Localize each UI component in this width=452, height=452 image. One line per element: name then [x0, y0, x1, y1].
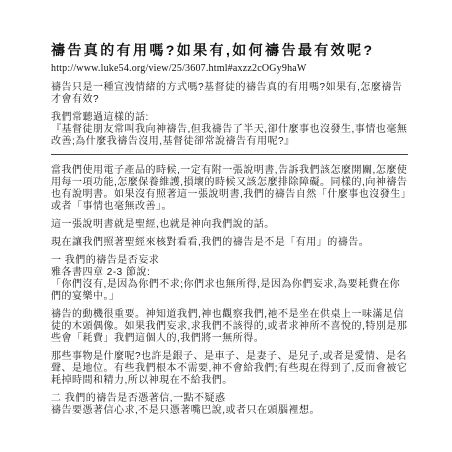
paragraph-check-against-bible: 現在讓我們照著聖經來核對看看,我們的禱告是不是「有用」的禱告。 — [51, 237, 408, 249]
text-line: 我們常聽過這樣的話: — [51, 112, 408, 124]
paragraph-manual-is-bible: 這一張說明書就是聖經,也就是神向我們說的話。 — [51, 219, 408, 231]
article-page: 禱告真的有用嗎?如果有,如何禱告最有效呢? http://www.luke54.… — [0, 0, 452, 452]
paragraph-motive: 禱告的動機很重要。神知道我們,神也觀察我們,祂不是坐在供桌上一味滿足信徒的木頭偶… — [51, 309, 408, 345]
paragraph-manual-analogy: 當我們使用電子產品的時候,一定有附一張說明書,告訴我們該怎麼開關,怎麼使用每一項… — [51, 165, 408, 213]
scripture-reference: 雅各書四章 2-3 節說: — [51, 267, 408, 279]
text-line: 禱告只是一種宣洩情緒的方式嗎?基督徒的禱告真的有用嗎?如果有,怎麼禱告才會有效? — [51, 82, 408, 106]
text-line: 這一張說明書就是聖經,也就是神向我們說的話。 — [51, 219, 408, 231]
text-line: 現在讓我們照著聖經來核對看看,我們的禱告是不是「有用」的禱告。 — [51, 237, 408, 249]
section-one-block: 一 我們的禱告是否妄求 雅各書四章 2-3 節說: 「你們沒有,是因為你們不求;… — [51, 255, 408, 303]
text-line: 當我們使用電子產品的時候,一定有附一張說明書,告訴我們該怎麼開關,怎麼使用每一項… — [51, 165, 408, 213]
text-line: 那些事物是什麼呢?也許是銀子、是車子、是妻子、是兒子,或者是愛情、是名聲、是地位… — [51, 351, 408, 387]
quote-line: 『基督徒朋友常叫我向神禱告,但我禱告了半天,卻什麼事也沒發生,事情也毫無改善;為… — [51, 124, 408, 148]
paragraph-intro-question: 禱告只是一種宣洩情緒的方式嗎?基督徒的禱告真的有用嗎?如果有,怎麼禱告才會有效? — [51, 82, 408, 106]
text-line: 禱告的動機很重要。神知道我們,神也觀察我們,祂不是坐在供桌上一味滿足信徒的木頭偶… — [51, 309, 408, 345]
source-url: http://www.luke54.org/view/25/3607.html#… — [51, 63, 408, 74]
text-line: 禱告要憑著信心求,不是只憑著嘴巴說,或者只在頭腦裡想。 — [51, 405, 408, 417]
section-heading-2: 二 我們的禱告是否憑著信,一點不疑惑 — [51, 393, 408, 405]
paragraph-common-saying: 我們常聽過這樣的話: 『基督徒朋友常叫我向神禱告,但我禱告了半天,卻什麼事也沒發… — [51, 112, 408, 148]
page-title: 禱告真的有用嗎?如果有,如何禱告最有效呢? — [51, 42, 408, 58]
scripture-quote: 「你們沒有,是因為你們不求;你們求也無所得,是因為你們妄求,為要耗費在你們的宴樂… — [51, 279, 408, 303]
paragraph-examples: 那些事物是什麼呢?也許是銀子、是車子、是妻子、是兒子,或者是愛情、是名聲、是地位… — [51, 351, 408, 387]
section-divider — [51, 154, 408, 155]
section-heading-1: 一 我們的禱告是否妄求 — [51, 255, 408, 267]
section-two-block: 二 我們的禱告是否憑著信,一點不疑惑 禱告要憑著信心求,不是只憑著嘴巴說,或者只… — [51, 393, 408, 417]
